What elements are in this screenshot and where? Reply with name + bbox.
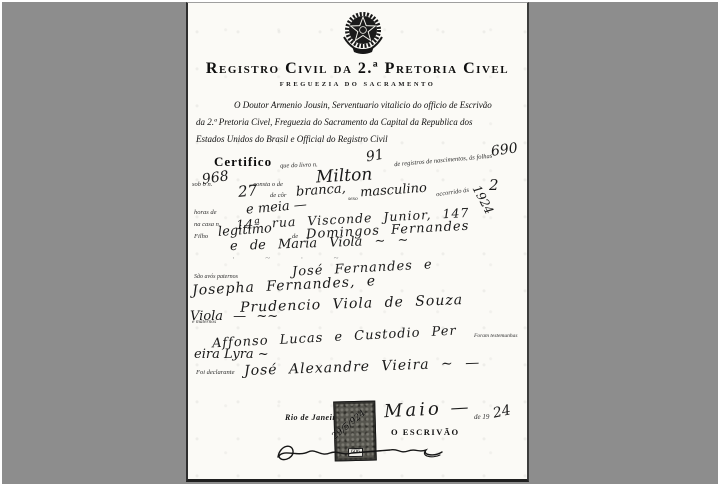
brazil-national-emblem-icon bbox=[336, 11, 390, 57]
witnesses-label: Foram testemunhas bbox=[474, 333, 518, 339]
year-prefix-label: de 19 bbox=[474, 413, 489, 421]
child-label: Filho bbox=[194, 233, 208, 240]
day-value: 27 bbox=[237, 181, 258, 201]
escrivao-signature bbox=[272, 441, 448, 467]
birth-records-label: de registros de nascimentos, ás folhas bbox=[394, 153, 493, 169]
sex-label: sexo bbox=[348, 196, 358, 202]
hour-value: 2 bbox=[489, 176, 499, 194]
sex-value: masculino bbox=[360, 181, 428, 201]
color-label: de côr bbox=[270, 192, 286, 199]
occurred-at-label: occorrido ás bbox=[436, 187, 470, 199]
scanned-document-viewer: Registro Civil da 2.ª Pretoria Civel FRE… bbox=[0, 0, 720, 486]
paternal-grandparents-label: São avós paternos bbox=[194, 274, 238, 280]
certificate-page: Registro Civil da 2.ª Pretoria Civel FRE… bbox=[186, 2, 529, 482]
stamp-handwritten-date: 29/5/924 bbox=[330, 408, 368, 441]
registry-subtitle: FREGUEZIA DO SACRAMENTO bbox=[188, 81, 527, 88]
witness-2-value: eira Lyra ~ bbox=[194, 347, 269, 362]
certifico-label: Certifico bbox=[214, 154, 272, 170]
preamble-line-2: da 2.ª Pretoria Civel, Freguezia do Sacr… bbox=[196, 117, 523, 127]
maternal-grandmother-value: Viola — ~~ bbox=[190, 309, 278, 324]
book-number-value: 91 bbox=[365, 147, 385, 166]
sheet-number-value: 690 bbox=[490, 140, 519, 160]
record-number-value: 968 bbox=[201, 168, 230, 188]
hours-of-label: horas de bbox=[194, 209, 217, 216]
preamble-line-3: Estados Unidos do Brasil e Official do R… bbox=[196, 134, 523, 144]
registry-title: Registro Civil da 2.ª Pretoria Civel bbox=[188, 60, 527, 78]
clerk-title-label: O ESCRIVÃO bbox=[391, 427, 460, 437]
declarant-value: José Alexandre Vieira ~ — bbox=[244, 355, 481, 379]
book-number-label: que do livro n. bbox=[280, 161, 318, 169]
preamble-line-1: O Doutor Armenio Jousin, Serventuario vi… bbox=[196, 100, 523, 110]
declarant-label: Foi declarante bbox=[196, 369, 234, 376]
year-value: 24 bbox=[492, 402, 513, 421]
month-value: Maio — bbox=[384, 397, 472, 423]
